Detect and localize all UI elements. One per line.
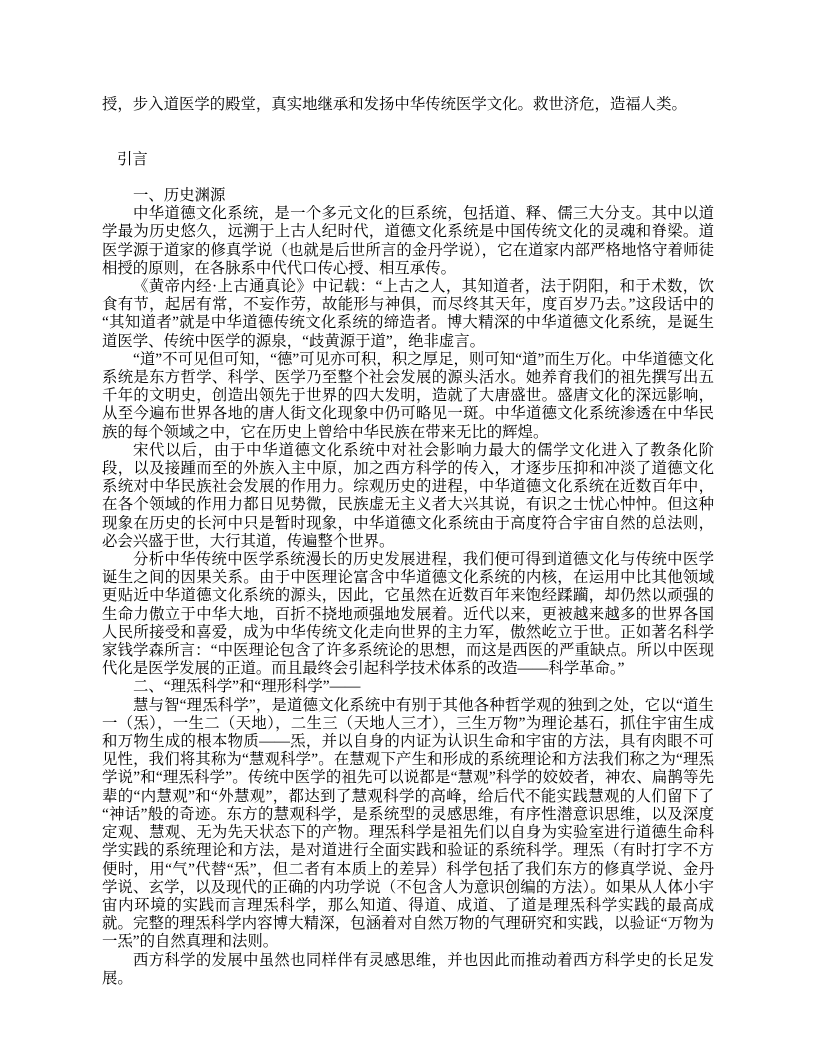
heading-introduction: 引言 (102, 151, 714, 169)
paragraph-after-song-dynasty: 宋代以后，由于中华道德文化系统中对社会影响力最大的儒学文化进入了教条化阶段，以及… (102, 442, 714, 551)
document-body: 授，步入道医学的殿堂，真实地继承和发扬中华传统医学文化。救世济危，造福人类。 引… (102, 96, 714, 988)
paragraph-huangdi-neijing-quote: 《黄帝内经·上古通真论》中记载：“上古之人，其知道者，法于阴阳，和于术数，饮食有… (102, 278, 714, 351)
paragraph-huiguan-science: 慧与智“理炁科学”，是道德文化系统中有别于其他各种哲学观的独到之处，它以“道生一… (102, 697, 714, 952)
paragraph-dao-and-de: “道”不可见但可知，“德”可见亦可积，积之厚足，则可知“道”而生万化。中华道德文… (102, 351, 714, 442)
paragraph-western-science: 西方科学的发展中虽然也同样伴有灵感思维，并也因此而推动着西方科学史的长足发展。 (102, 952, 714, 988)
section-heading-history-origins: 一、历史渊源 (102, 187, 714, 205)
section-heading-liqi-lixing-science: 二、“理炁科学”和“理形科学”—— (102, 678, 714, 696)
paragraph-continuation-from-previous-page: 授，步入道医学的殿堂，真实地继承和发扬中华传统医学文化。救世济危，造福人类。 (102, 96, 714, 114)
paragraph-tcm-history-analysis: 分析中华传统中医学系统漫长的历史发展进程，我们便可得到道德文化与传统中医学诞生之… (102, 551, 714, 678)
document-page: 授，步入道医学的殿堂，真实地继承和发扬中华传统医学文化。救世济危，造福人类。 引… (0, 0, 816, 1056)
paragraph-daode-culture-system: 中华道德文化系统，是一个多元文化的巨系统，包括道、释、儒三大分支。其中以道学最为… (102, 205, 714, 278)
